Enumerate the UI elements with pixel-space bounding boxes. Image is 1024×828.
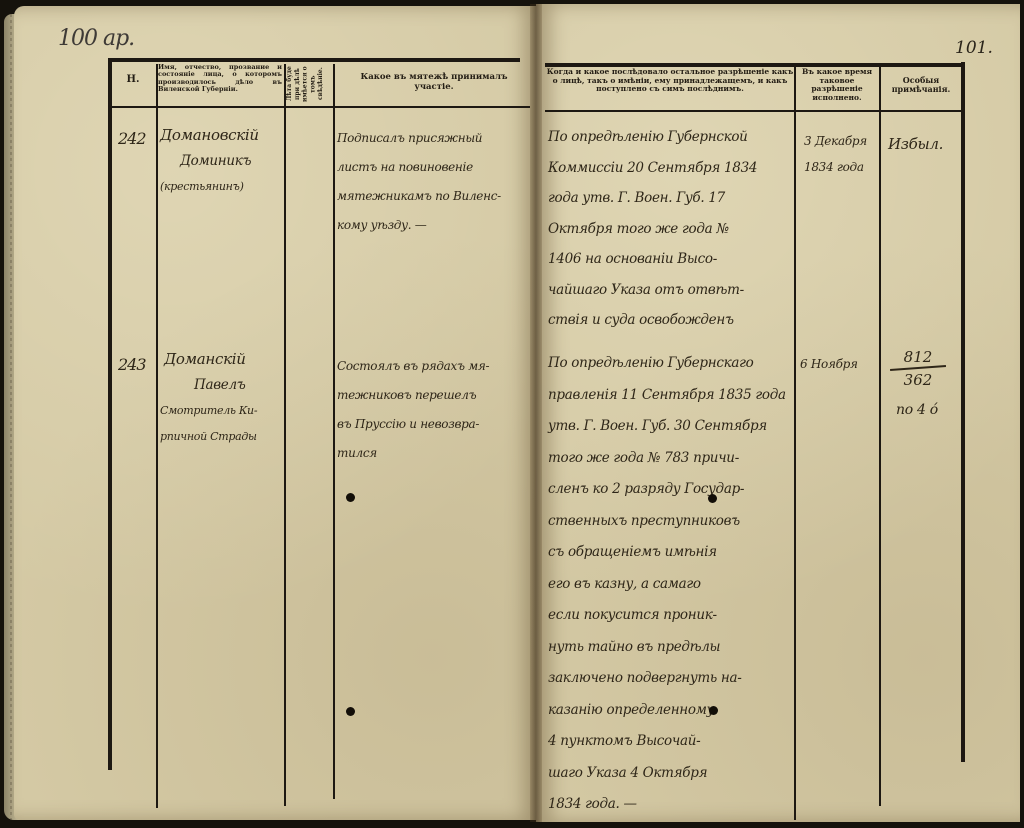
binding-hole	[346, 707, 355, 716]
binding-hole	[709, 706, 718, 715]
rule-left-border	[108, 58, 112, 770]
row-resolution: По опредѣленію Губернской Коммиссіи 20 С…	[548, 122, 757, 336]
row-participation: Состоялъ въ рядахъ мя- тежниковъ перешел…	[337, 352, 489, 468]
header-resolution: Когда и какое послѣдовало остальное разр…	[546, 68, 794, 94]
folio-number-left: 100 ap.	[58, 26, 134, 51]
row-resolution: По опредѣленію Губернскаго правленія 11 …	[548, 348, 786, 821]
scanned-page-spread: 100 ap. 101. Н. Имя, отчество, прозвание…	[0, 0, 1024, 828]
rule-after-resolution	[794, 66, 796, 820]
row-number: 243	[118, 350, 146, 379]
book-gutter	[530, 4, 542, 822]
header-top-rule-left	[108, 58, 520, 62]
row-name: Доманскій Павелъ Смотритель Ки- рпичной …	[160, 346, 257, 450]
rule-after-age	[333, 64, 335, 799]
header-bottom-rule-right	[545, 110, 965, 112]
row-number: 242	[118, 124, 146, 153]
row-executed: 3 Декабря 1834 года	[804, 128, 867, 180]
row-executed: 6 Ноября	[800, 350, 858, 379]
header-name: Имя, отчество, прозвание и состояніе лиц…	[158, 64, 282, 94]
header-executed: Въ какое время таковое разрѣшеніе исполн…	[796, 68, 878, 103]
row-participation: Подписалъ присяжный листъ на повиновеніе…	[337, 124, 501, 240]
rule-after-number	[156, 64, 158, 808]
rule-after-name	[284, 64, 286, 806]
folio-number-right: 101.	[955, 38, 993, 58]
row-name: Домановскій Доминикъ (крестьянинъ)	[160, 122, 259, 200]
header-participation: Какое въ мятежѣ принималъ участіе.	[340, 73, 528, 93]
rule-after-executed	[879, 66, 881, 806]
row-notes-fraction: 812 362	[890, 348, 946, 389]
rule-right-border	[961, 62, 965, 762]
header-bottom-rule-left	[108, 106, 530, 108]
row-notes: Избыл.	[888, 130, 943, 159]
binding-hole	[708, 494, 717, 503]
header-age: Лѣта буде при дѣлѣ имѣется о томъ свѣдѣн…	[286, 63, 331, 105]
binding-hole	[346, 493, 355, 502]
header-notes: Особыя примѣчанія.	[882, 76, 960, 94]
row-notes-ref: по 4 ó	[896, 396, 938, 425]
header-number: Н.	[112, 74, 154, 86]
